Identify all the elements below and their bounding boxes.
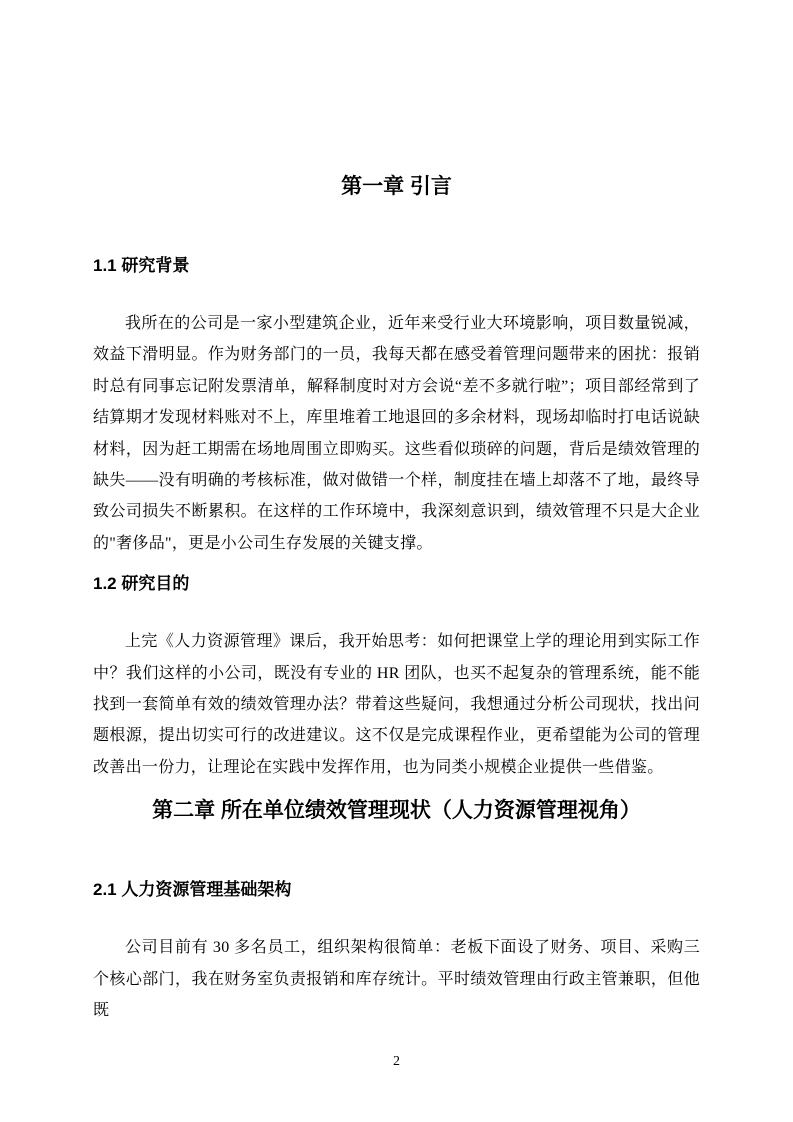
page-number: 2 [393, 1054, 400, 1069]
page-footer: 2 [0, 1052, 793, 1070]
document-page: 第一章 引言 1.1 研究背景 我所在的公司是一家小型建筑企业，近年来受行业大环… [0, 0, 793, 1122]
section-heading-1-2: 1.2 研究目的 [93, 572, 700, 596]
paragraph-research-purpose: 上完《人力资源管理》课后，我开始思考：如何把课堂上学的理论用到实际工作中？我们这… [93, 626, 700, 783]
paragraph-hr-structure: 公司目前有 30 多名员工，组织架构很简单：老板下面设了财务、项目、采购三个核心… [93, 932, 700, 1026]
paragraph-research-background: 我所在的公司是一家小型建筑企业，近年来受行业大环境影响，项目数量锐减，效益下滑明… [93, 308, 700, 559]
chapter-1-title: 第一章 引言 [93, 172, 700, 202]
section-heading-2-1: 2.1 人力资源管理基础架构 [93, 878, 700, 902]
chapter-2-title: 第二章 所在单位绩效管理现状（人力资源管理视角） [93, 796, 700, 826]
section-heading-1-1: 1.1 研究背景 [93, 254, 700, 278]
